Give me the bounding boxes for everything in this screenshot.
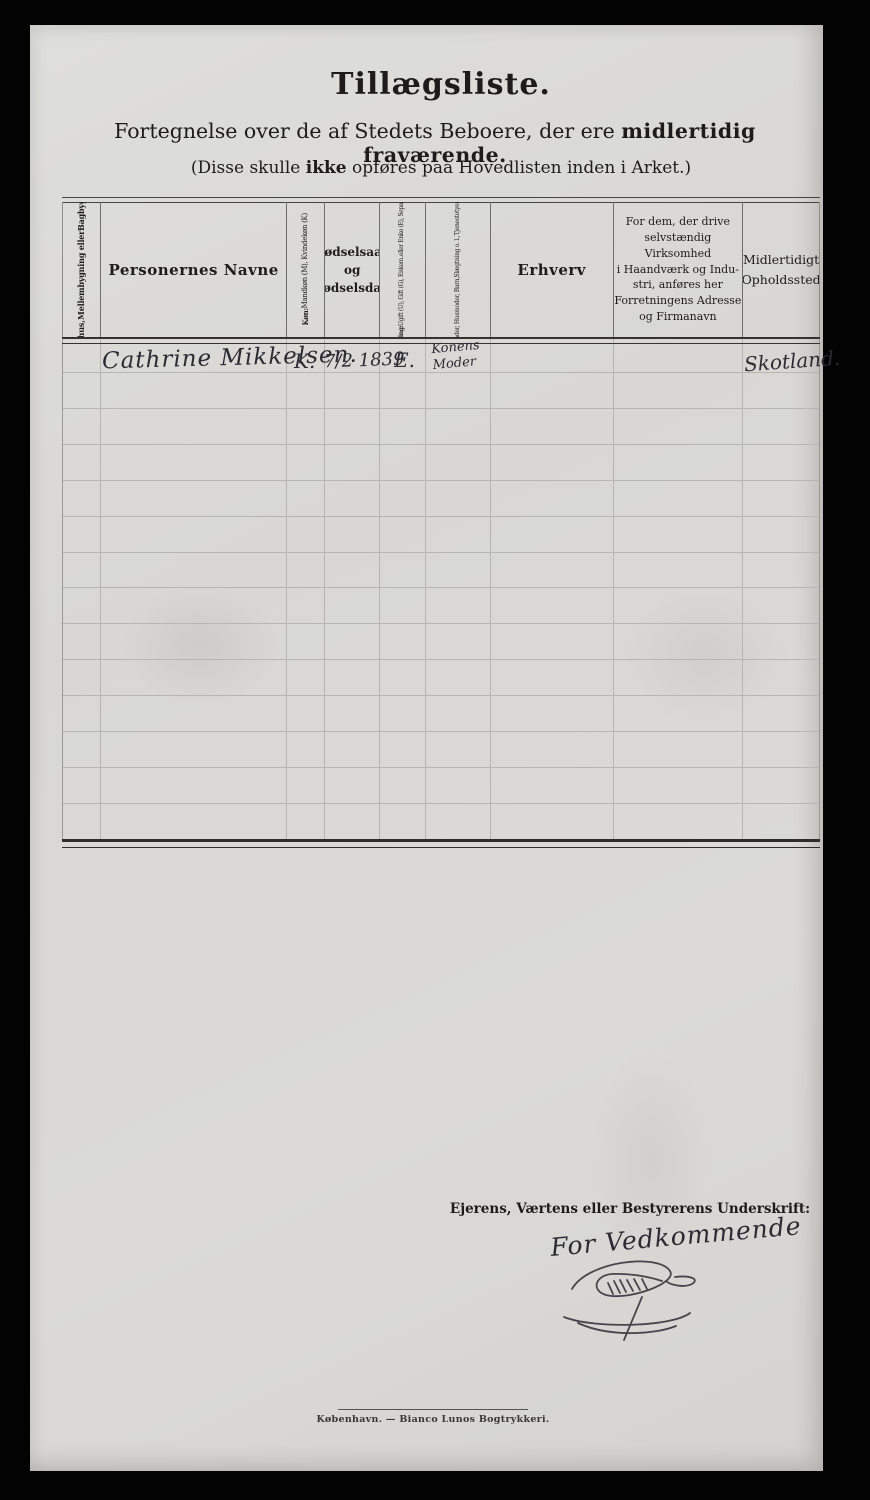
table-cell	[287, 696, 325, 731]
header-line: Køn:	[302, 309, 310, 326]
header-line: og Firmanavn	[614, 309, 743, 325]
table-cell	[63, 553, 101, 588]
page-note: (Disse skulle ikke opføres paa Hovedlist…	[62, 158, 820, 178]
note-bold-text: ikke	[306, 158, 347, 178]
header-line: eller Enke (E), Separeret (S),	[399, 202, 406, 256]
table-cell	[614, 696, 744, 731]
table-cell	[426, 804, 491, 839]
table-cell	[101, 768, 288, 803]
table-cell	[325, 804, 380, 839]
table-cell	[325, 517, 380, 552]
table-body	[62, 337, 820, 839]
table-cell	[287, 373, 325, 408]
table-cell	[380, 732, 426, 767]
table-row	[63, 624, 819, 660]
table-cell	[380, 373, 426, 408]
column-header-occupation: Erhverv	[491, 202, 614, 337]
table-cell	[63, 624, 101, 659]
table-cell	[426, 481, 491, 516]
imprint-rule	[338, 1409, 528, 1410]
header-line: Ugift (U), Gift (G), Enkem.	[399, 256, 406, 326]
table-cell	[614, 553, 744, 588]
table-cell	[325, 588, 380, 623]
table-cell	[743, 373, 819, 408]
entry-family-line: Moder	[432, 354, 477, 373]
table-cell	[101, 624, 288, 659]
table-row	[63, 732, 819, 768]
table-cell	[743, 732, 819, 767]
table-cell	[63, 445, 101, 480]
header-line: Erhverv	[517, 261, 586, 279]
table-cell	[491, 517, 614, 552]
header-line: Mandkøn (M), Kvindekøn (K)	[302, 213, 310, 308]
table-cell	[63, 517, 101, 552]
table-cell	[101, 517, 288, 552]
census-table: Forhus, Sidehus, Mellembygning eller Bag…	[62, 197, 820, 845]
table-cell	[380, 660, 426, 695]
header-line: Ægteskabelig Stilling:	[399, 326, 406, 337]
header-line: Fødselsaar	[325, 243, 380, 261]
table-cell	[426, 409, 491, 444]
table-cell	[101, 481, 288, 516]
table-cell	[426, 373, 491, 408]
table-cell	[491, 696, 614, 731]
header-line: Fødselsdag	[325, 279, 380, 297]
scan-background: Tillægsliste. Fortegnelse over de af Ste…	[0, 0, 870, 1500]
table-cell	[614, 768, 744, 803]
table-cell	[491, 373, 614, 408]
table-cell	[325, 660, 380, 695]
table-cell	[101, 660, 288, 695]
header-line: Forretningens Adresse	[614, 293, 743, 309]
table-cell	[380, 804, 426, 839]
table-cell	[287, 624, 325, 659]
table-cell	[380, 409, 426, 444]
table-cell	[426, 553, 491, 588]
table-cell	[426, 624, 491, 659]
header-line: For dem, der drive	[614, 214, 743, 230]
table-cell	[101, 696, 288, 731]
table-row	[63, 517, 819, 553]
table-cell	[325, 481, 380, 516]
table-cell	[426, 768, 491, 803]
entry-family-position: KonensModer	[431, 336, 503, 373]
table-cell	[491, 732, 614, 767]
imprint-text: København. — Bianco Lunos Bogtrykkeri.	[278, 1414, 588, 1425]
table-row	[63, 588, 819, 624]
table-cell	[614, 588, 744, 623]
table-cell	[63, 732, 101, 767]
table-cell	[101, 553, 288, 588]
header-line: Husfader, Husmoder, Barn,	[455, 277, 462, 337]
header-line: Midlertidigt	[743, 250, 819, 270]
header-line: Forhus, Sidehus,	[77, 320, 86, 337]
table-cell	[63, 696, 101, 731]
table-row	[63, 696, 819, 732]
page-title: Tillægsliste.	[62, 67, 820, 102]
column-header-temporary-residence: Midlertidigt Opholdssted	[743, 202, 819, 337]
table-cell	[63, 768, 101, 803]
table-cell	[380, 517, 426, 552]
table-cell	[426, 696, 491, 731]
subtitle-text: Fortegnelse over de af Stedets Beboere, …	[114, 119, 621, 143]
header-line: Mellembygning eller	[77, 231, 86, 320]
table-cell	[743, 445, 819, 480]
table-cell	[743, 624, 819, 659]
table-cell	[325, 732, 380, 767]
table-cell	[287, 517, 325, 552]
table-cell	[101, 373, 288, 408]
table-row	[63, 373, 819, 409]
table-cell	[491, 588, 614, 623]
table-cell	[426, 660, 491, 695]
table-cell	[325, 553, 380, 588]
table-cell	[743, 517, 819, 552]
table-cell	[491, 409, 614, 444]
table-cell	[743, 804, 819, 839]
table-cell	[491, 768, 614, 803]
table-cell	[426, 445, 491, 480]
table-cell	[287, 588, 325, 623]
table-header: Forhus, Sidehus, Mellembygning eller Bag…	[62, 202, 820, 337]
table-cell	[743, 409, 819, 444]
table-cell	[491, 624, 614, 659]
table-cell	[614, 373, 744, 408]
table-cell	[380, 445, 426, 480]
entry-birthdate: 7/2 1839	[324, 349, 405, 373]
header-line: og	[325, 261, 380, 279]
table-cell	[614, 445, 744, 480]
table-cell	[743, 768, 819, 803]
header-line: Personernes Navne	[108, 261, 278, 279]
table-cell	[101, 409, 288, 444]
note-text: (Disse skulle	[191, 158, 306, 178]
header-line: Bagbygning. Etage.	[77, 202, 86, 231]
table-cell	[491, 660, 614, 695]
table-bottom-rule	[62, 839, 820, 848]
table-cell	[380, 588, 426, 623]
table-row	[63, 409, 819, 445]
table-cell	[380, 553, 426, 588]
table-row	[63, 804, 819, 839]
table-cell	[426, 732, 491, 767]
table-cell	[614, 517, 744, 552]
table-cell	[743, 588, 819, 623]
table-cell	[101, 732, 288, 767]
table-cell	[287, 409, 325, 444]
table-cell	[491, 804, 614, 839]
table-cell	[491, 481, 614, 516]
table-cell	[63, 804, 101, 839]
header-line: Tjenestetyende, Pensionær,	[455, 202, 462, 236]
table-cell	[325, 696, 380, 731]
header-line: stri, anføres her	[614, 277, 743, 293]
table-cell	[287, 445, 325, 480]
table-cell	[325, 409, 380, 444]
header-line: i Haandværk og Indu-	[614, 262, 743, 278]
table-cell	[101, 804, 288, 839]
table-cell	[491, 553, 614, 588]
table-cell	[380, 624, 426, 659]
table-cell	[743, 660, 819, 695]
column-header-marital-status: Ægteskabelig Stilling: Ugift (U), Gift (…	[380, 202, 426, 337]
entry-marital-status: E.	[394, 348, 415, 372]
table-cell	[614, 409, 744, 444]
table-cell	[491, 445, 614, 480]
table-cell	[614, 804, 744, 839]
column-header-name: Personernes Navne	[101, 202, 288, 337]
table-row	[63, 481, 819, 517]
table-cell	[287, 804, 325, 839]
table-cell	[287, 768, 325, 803]
table-cell	[325, 768, 380, 803]
table-row	[63, 768, 819, 804]
table-cell	[380, 768, 426, 803]
table-cell	[325, 624, 380, 659]
table-cell	[63, 660, 101, 695]
column-header-sex: Køn: Mandkøn (M), Kvindekøn (K)	[287, 202, 325, 337]
table-row	[63, 553, 819, 589]
table-cell	[380, 696, 426, 731]
table-cell	[101, 445, 288, 480]
table-cell	[63, 373, 101, 408]
column-header-family-position: Stilling i Familien: Husfader, Husmoder,…	[426, 202, 491, 337]
table-cell	[614, 624, 744, 659]
table-cell	[743, 696, 819, 731]
table-cell	[63, 409, 101, 444]
table-cell	[614, 660, 744, 695]
table-cell	[101, 588, 288, 623]
table-cell	[63, 481, 101, 516]
table-cell	[743, 553, 819, 588]
table-cell	[287, 732, 325, 767]
table-cell	[614, 481, 744, 516]
note-text: opføres paa Hovedlisten inden i Arket.)	[347, 158, 692, 178]
table-row	[63, 445, 819, 481]
header-line: Opholdssted	[743, 270, 819, 290]
document-page: Tillægsliste. Fortegnelse over de af Ste…	[30, 25, 823, 1471]
table-cell	[743, 481, 819, 516]
signature-flourish	[550, 1247, 725, 1342]
table-cell	[63, 588, 101, 623]
table-cell	[426, 588, 491, 623]
table-cell	[426, 517, 491, 552]
table-cell	[287, 481, 325, 516]
table-cell	[614, 732, 744, 767]
table-cell	[325, 373, 380, 408]
column-header-building: Forhus, Sidehus, Mellembygning eller Bag…	[63, 202, 101, 337]
table-cell	[380, 481, 426, 516]
table-cell	[287, 660, 325, 695]
table-cell	[325, 445, 380, 480]
header-line: selvstændig Virksomhed	[614, 230, 743, 262]
entry-sex: K.	[294, 349, 315, 373]
table-row	[63, 660, 819, 696]
column-header-birth: Fødselsaar og Fødselsdag	[325, 202, 380, 337]
column-header-business: For dem, der drive selvstændig Virksomhe…	[614, 202, 744, 337]
header-line: Slægtning o. l.,	[455, 236, 462, 278]
table-cell	[287, 553, 325, 588]
